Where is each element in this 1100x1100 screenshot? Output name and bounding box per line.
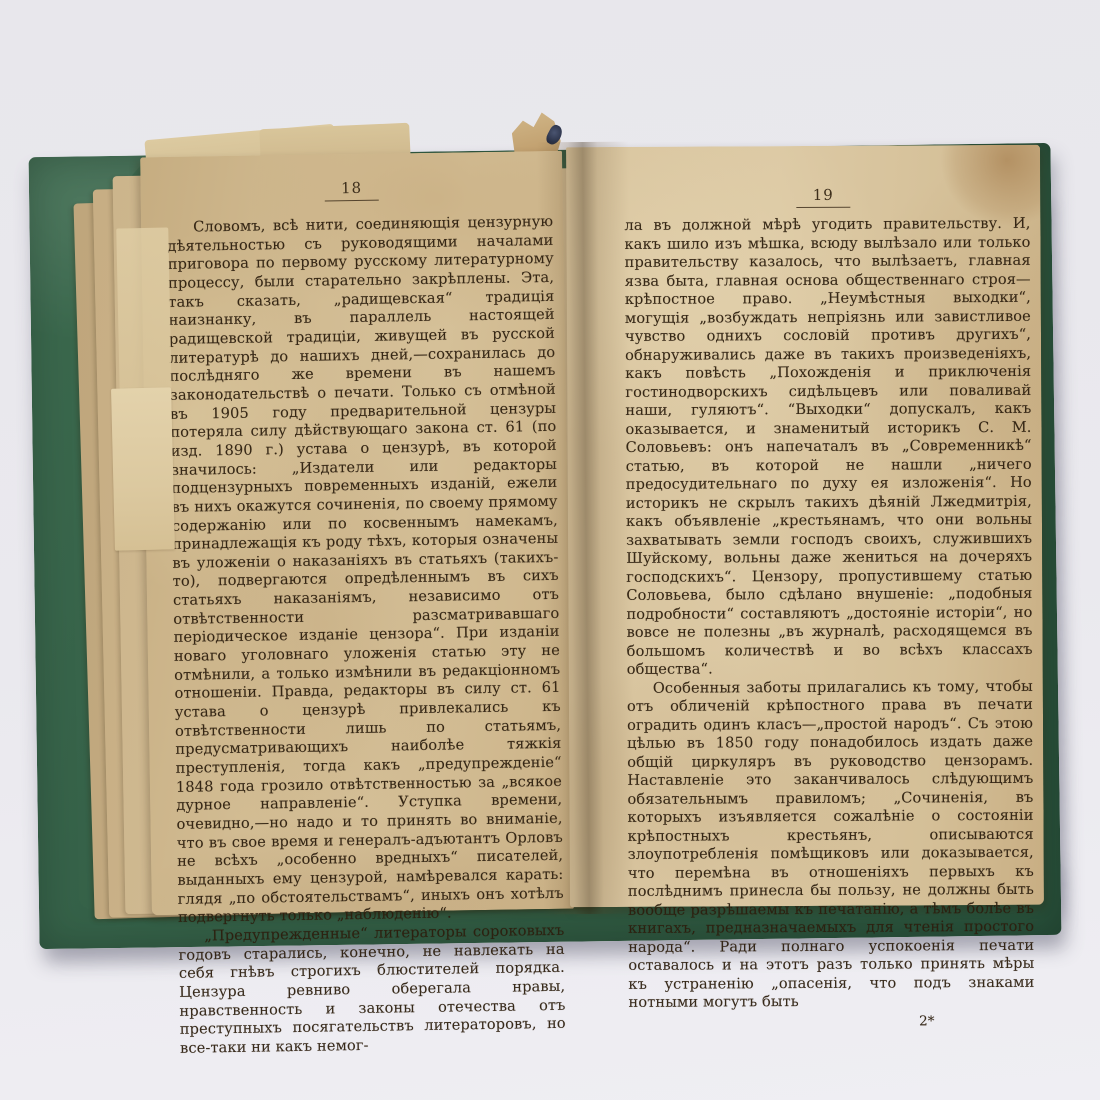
paper-patch [111, 387, 175, 550]
paragraph: Особенныя заботы прилагались къ тому, чт… [627, 677, 1035, 1012]
paragraph: „Предупрежденные“ литераторы сороковыхъ … [178, 922, 566, 1059]
right-page: 19 ла въ должной мѣрѣ угодить правительс… [566, 145, 1044, 907]
page-number-right: 19 [566, 185, 1040, 209]
paragraph: ла въ должной мѣрѣ угодить правительству… [624, 215, 1032, 680]
photo-of-open-book: 18 Словомъ, всѣ нити, соединяющія цензур… [0, 0, 1100, 1100]
paper-patch [116, 227, 172, 396]
paragraph: Словомъ, всѣ нити, соединяющія цензурную… [167, 213, 564, 928]
page-number-left: 18 [140, 176, 562, 205]
left-page: 18 Словомъ, всѣ нити, соединяющія цензур… [140, 151, 574, 916]
signature-mark: 2* [629, 1011, 1035, 1032]
left-page-text: Словомъ, всѣ нити, соединяющія цензурную… [167, 213, 566, 1058]
right-page-text: ла въ должной мѣрѣ угодить правительству… [624, 215, 1034, 1032]
